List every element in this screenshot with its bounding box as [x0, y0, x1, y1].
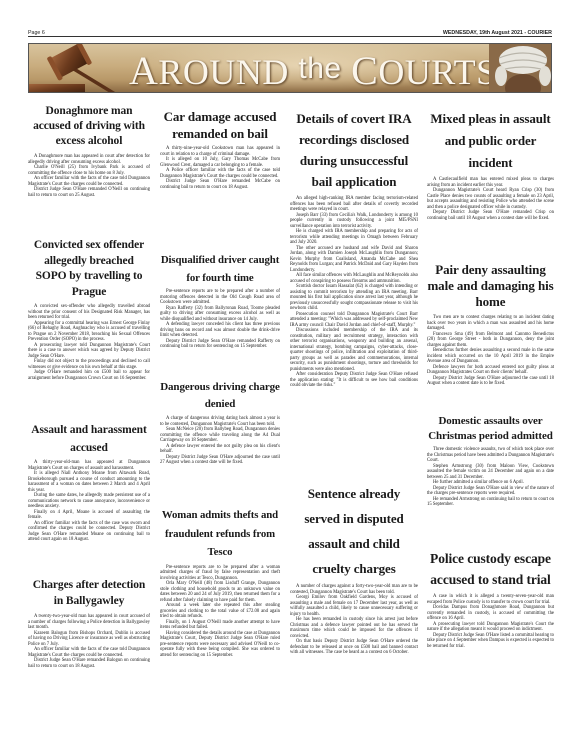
article-body: A number of charges against a forty-two-…	[290, 584, 418, 656]
article-body: A Castlecaulfield man has entered mixed …	[427, 177, 554, 221]
headline: Charges after detection in Ballygawley	[28, 578, 150, 609]
headline: Donaghmore man accused of driving with e…	[28, 104, 150, 149]
article-ballygawley: Charges after detection in Ballygawley A…	[28, 578, 150, 669]
article-body: Three domestic violence assaults, two of…	[427, 447, 554, 508]
article-body: An alleged high-ranking IRA member facin…	[290, 196, 418, 389]
article-pair-deny: Pair deny assaulting male and damaging h…	[427, 262, 554, 387]
headline: Mixed pleas in assault and public order …	[427, 108, 554, 174]
article-body: A thirty-nine-year-old Cookstown man has…	[160, 146, 280, 190]
article-car-damage: Car damage accused remanded on bail A th…	[160, 108, 280, 190]
article-tesco-refunds: Woman admits thefts and fraudulent refun…	[160, 506, 280, 658]
headline: Details of covert IRA recordings disclos…	[290, 108, 418, 192]
article-sopo-prague: Convicted sex offender allegedly breache…	[28, 238, 150, 381]
headline: Disqualified driver caught for fourth ti…	[160, 251, 280, 287]
headline: Domestic assaults over Christmas period …	[427, 414, 554, 443]
article-sentence-served: Sentence already served in disputed assa…	[290, 481, 418, 656]
headline: Assault and harassment accused	[28, 421, 150, 457]
article-body: A convicted sex-offender who allegedly t…	[28, 304, 150, 381]
banner-title: AROUND the COURTS	[129, 50, 489, 91]
article-ira-recordings: Details of covert IRA recordings disclos…	[290, 108, 418, 389]
article-police-custody-escape: Police custody escape accused to stand t…	[427, 548, 554, 649]
headline: Pair deny assaulting male and damaging h…	[427, 262, 554, 310]
article-body: A Donaghmore man has appeared in court a…	[28, 154, 150, 198]
article-mixed-pleas: Mixed pleas in assault and public order …	[427, 108, 554, 221]
article-body: Pre-sentence reports are to be prepared …	[160, 289, 280, 350]
article-domestic-assaults: Domestic assaults over Christmas period …	[427, 414, 554, 508]
headline: Sentence already served in disputed assa…	[290, 481, 418, 581]
article-body: A charge of dangerous driving dating bac…	[160, 416, 280, 466]
article-body: A thirty-year-old-man has appeared at Du…	[28, 460, 150, 543]
article-body: Two men are to contest charges relating …	[427, 315, 554, 387]
running-header: Page 6 WEDNESDAY, 19th August 2021 - COU…	[28, 28, 552, 36]
headline: Convicted sex offender allegedly breache…	[28, 238, 150, 300]
headline: Police custody escape accused to stand t…	[427, 548, 554, 590]
headline: Car damage accused remanded on bail	[160, 108, 280, 142]
headline: Dangerous driving charge denied	[160, 379, 280, 413]
article-body: A case in which it is alleged a twenty-s…	[427, 594, 554, 649]
article-body: A twenty-two-year-old man has appeared i…	[28, 614, 150, 669]
headline: Woman admits thefts and fraudulent refun…	[160, 506, 280, 562]
section-banner: AROUND the COURTS	[28, 43, 552, 93]
article-body: Pre-sentence reports are to be prepared …	[160, 565, 280, 659]
article-assault-harassment: Assault and harassment accused A thirty-…	[28, 421, 150, 543]
article-disqualified-driver: Disqualified driver caught for fourth ti…	[160, 251, 280, 350]
header-rule	[28, 36, 552, 37]
judge-wig-icon	[489, 44, 551, 93]
gavel-icon	[29, 44, 129, 93]
article-donaghmore-excess-alcohol: Donaghmore man accused of driving with e…	[28, 104, 150, 198]
article-dangerous-driving: Dangerous driving charge denied A charge…	[160, 379, 280, 466]
